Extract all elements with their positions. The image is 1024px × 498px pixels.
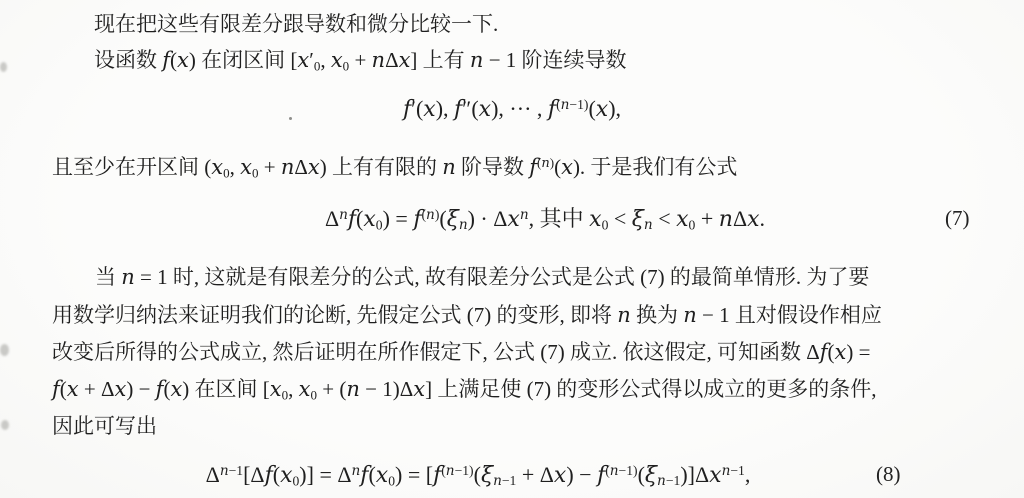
paragraph-setup-line: 设函数 f(x) 在闭区间 [x′0, x0 + nΔx] 上有 n − 1 阶… (94, 45, 627, 75)
scan-artifact (289, 117, 292, 120)
body-paragraph-line-3: 改变后所得的公式成立, 然后证明在所作假定下, 公式 (7) 成立. 依这假定,… (52, 337, 870, 367)
equation-7-formula: Δnf(x0) = f(n)(ξn) · Δxn, 其中 x0 < ξn < x… (0, 202, 1024, 237)
scan-artifact (0, 344, 9, 356)
paragraph-open-interval-line: 且至少在开区间 (x0, x0 + nΔx) 上有有限的 n 阶导数 f(n)(… (52, 152, 737, 182)
equation-8-label: (8) (876, 462, 901, 487)
scan-artifact (0, 62, 7, 72)
body-paragraph-line-4: f(x + Δx) − f(x) 在区间 [x0, x0 + (n − 1)Δx… (52, 374, 877, 404)
paragraph-intro-line: 现在把这些有限差分跟导数和微分比较一下. (94, 9, 498, 39)
body-paragraph-line-5: 因此可写出 (52, 411, 157, 441)
equation-7-label: (7) (945, 206, 970, 231)
book-page: 现在把这些有限差分跟导数和微分比较一下. 设函数 f(x) 在闭区间 [x′0,… (0, 0, 1024, 498)
display-formula-derivatives: f′(x), f″(x), ··· , f(n−1)(x), (0, 92, 1024, 127)
equation-8-formula: Δn−1[Δf(x0)] = Δnf(x0) = [f(n−1)(ξn−1 + … (0, 458, 1024, 493)
body-paragraph-line-1: 当 n = 1 时, 这就是有限差分的公式, 故有限差分公式是公式 (7) 的最… (95, 262, 869, 292)
body-paragraph-line-2: 用数学归纳法来证明我们的论断, 先假定公式 (7) 的变形, 即将 n 换为 n… (52, 300, 882, 330)
scan-artifact (1, 420, 9, 430)
